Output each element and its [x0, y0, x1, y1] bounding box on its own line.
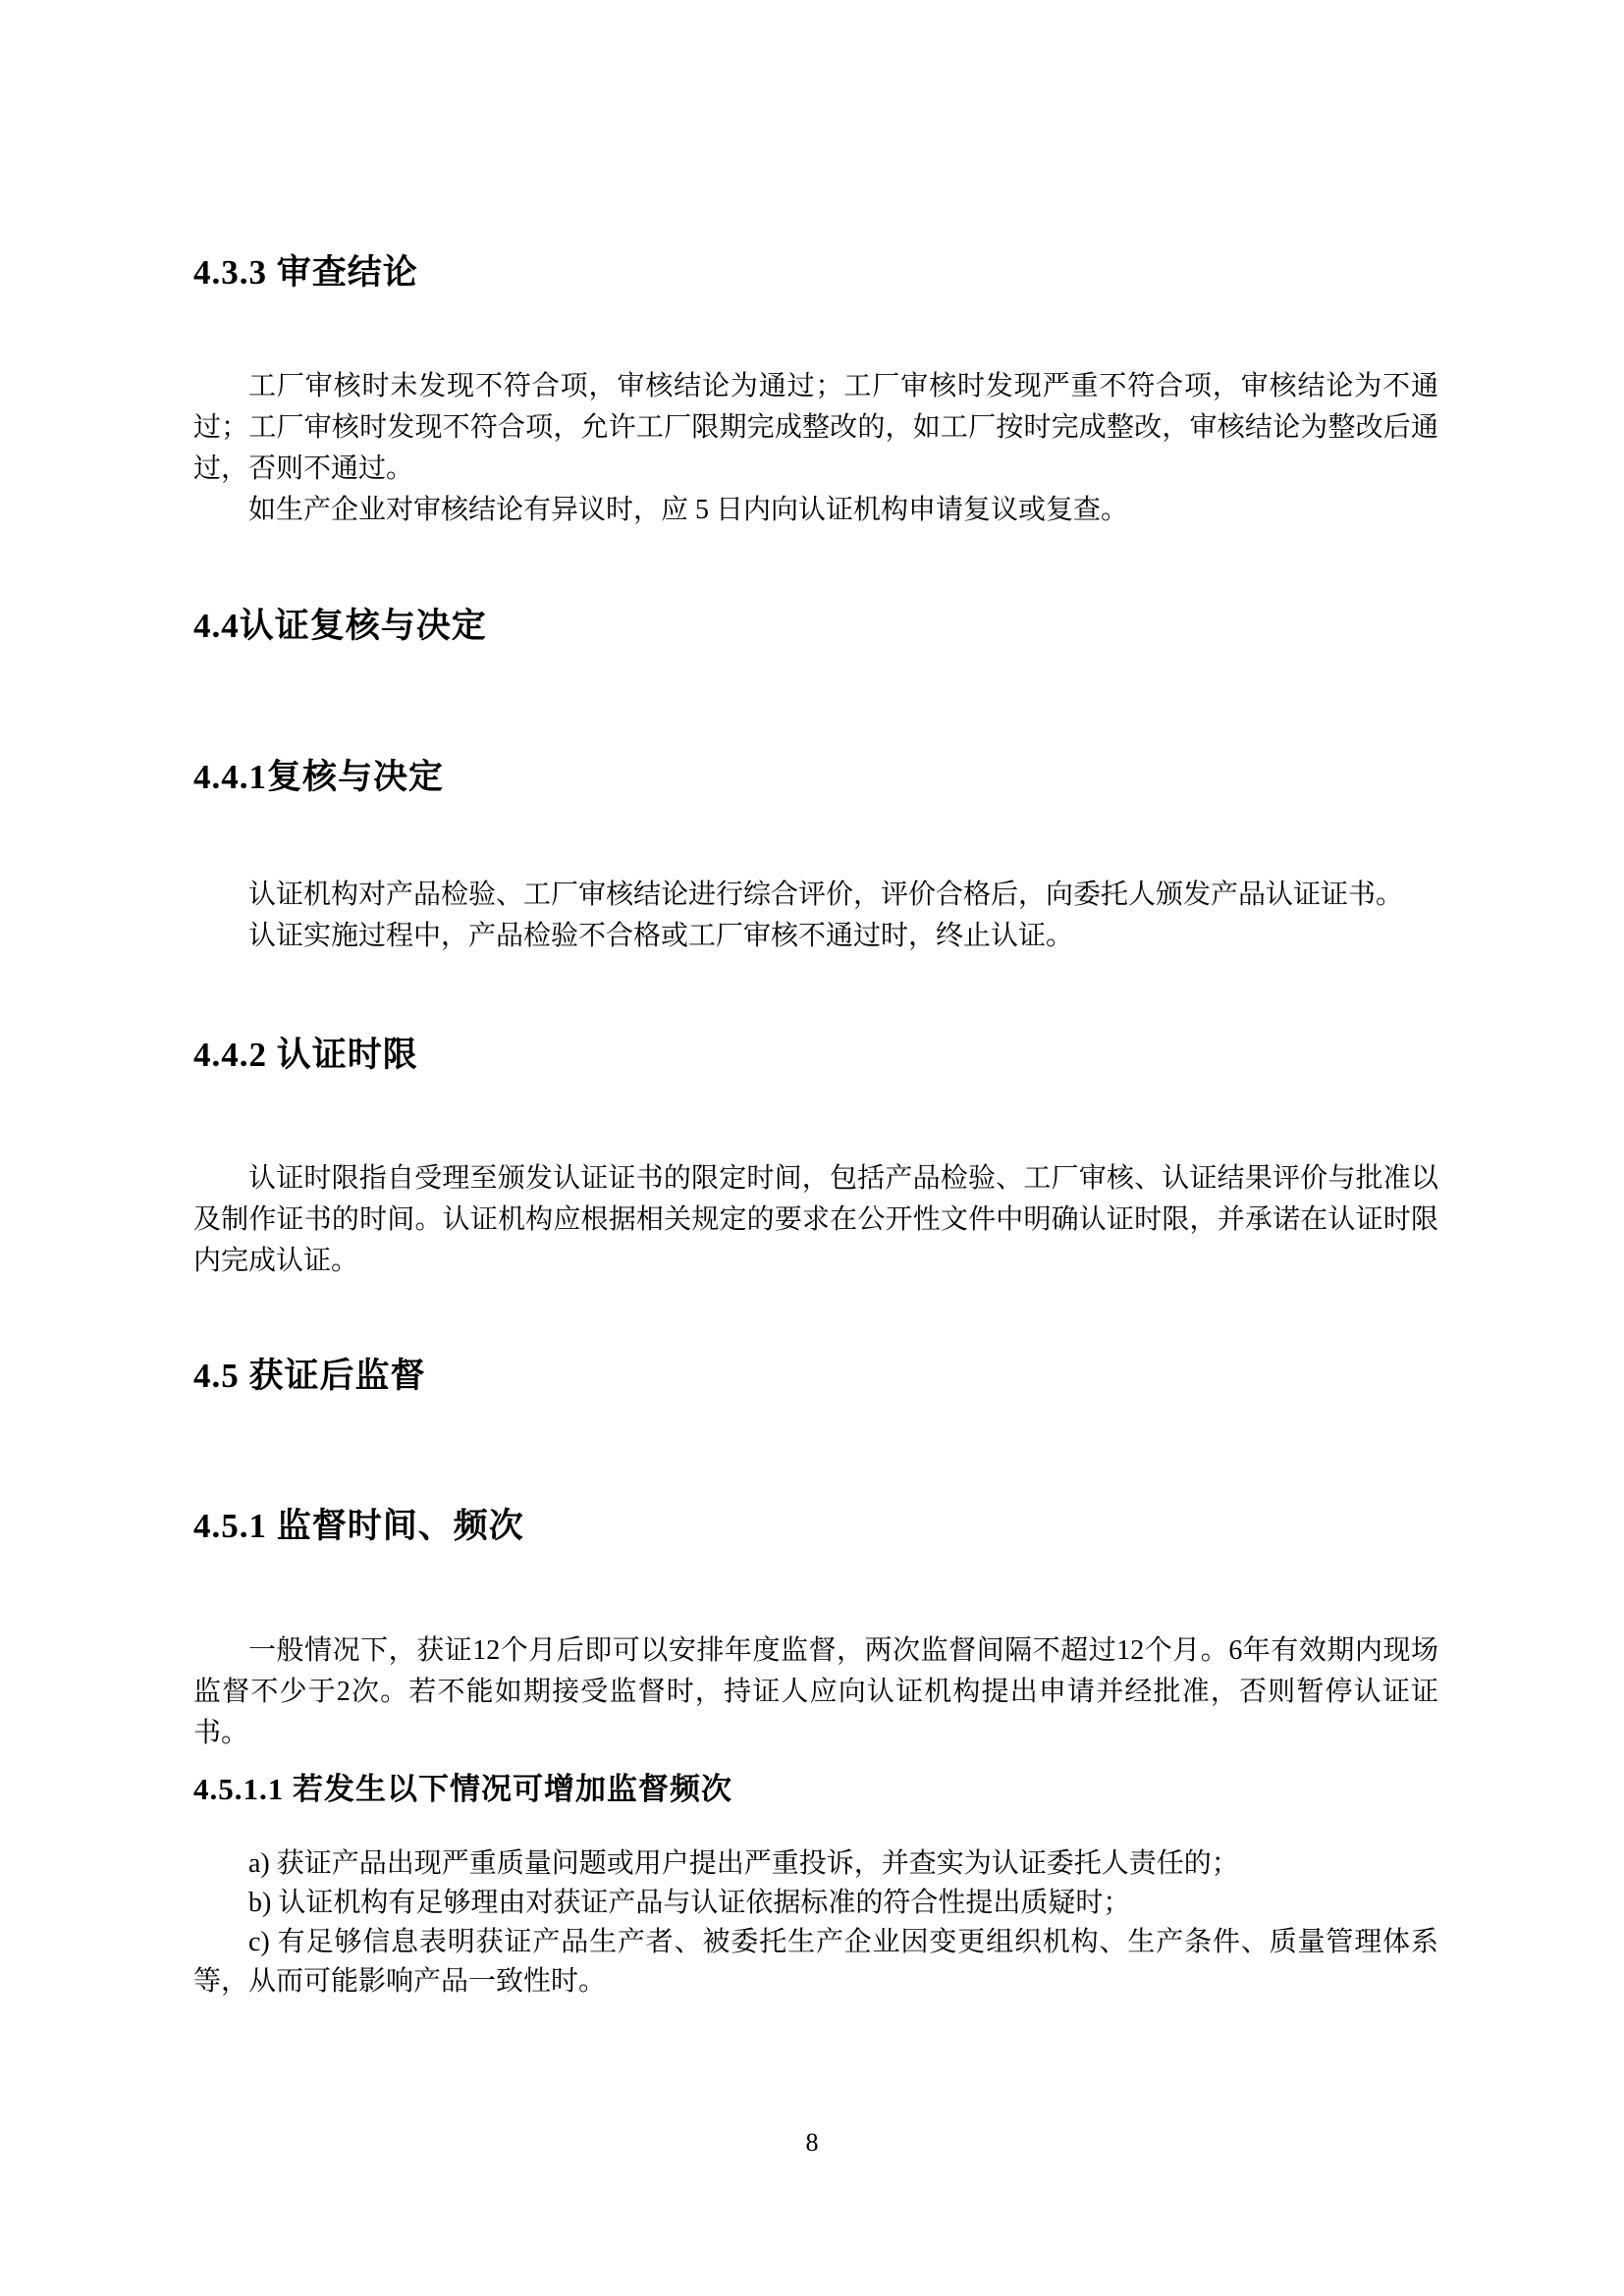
heading-4-5-1: 4.5.1 监督时间、频次 [193, 1505, 524, 1548]
page-number: 8 [0, 2128, 1624, 2158]
heading-4-4-2: 4.4.2 认证时限 [193, 1034, 418, 1077]
paragraph-objection: 如生产企业对审核结论有异议时，应 5 日内向认证机构申请复议或复查。 [193, 490, 1438, 531]
heading-4-3-3: 4.3.3 审查结论 [193, 251, 418, 294]
section-4-3-3-body: 工厂审核时未发现不符合项，审核结论为通过；工厂审核时发现严重不符合项，审核结论为… [193, 366, 1438, 531]
section-4-4-1-body: 认证机构对产品检验、工厂审核结论进行综合评价，评价合格后，向委托人颁发产品认证证… [193, 875, 1438, 957]
heading-4-5: 4.5 获证后监督 [193, 1355, 426, 1398]
paragraph-certification-time-limit: 认证时限指自受理至颁发认证证书的限定时间，包括产品检验、工厂审核、认证结果评价与… [193, 1158, 1438, 1282]
paragraph-audit-conclusion: 工厂审核时未发现不符合项，审核结论为通过；工厂审核时发现严重不符合项，审核结论为… [193, 366, 1438, 490]
list-item-a: a) 获证产品出现严重质量问题或用户提出严重投诉，并查实为认证委托人责任的； [193, 1844, 1438, 1884]
section-4-5-1-body: 一般情况下，获证12个月后即可以安排年度监督，两次监督间隔不超过12个月。6年有… [193, 1630, 1438, 1754]
section-4-4-2-body: 认证时限指自受理至颁发认证证书的限定时间，包括产品检验、工厂审核、认证结果评价与… [193, 1158, 1438, 1282]
document-page: 4.3.3 审查结论 工厂审核时未发现不符合项，审核结论为通过；工厂审核时发现严… [0, 0, 1624, 2296]
paragraph-termination: 认证实施过程中，产品检验不合格或工厂审核不通过时，终止认证。 [193, 916, 1438, 957]
list-item-c: c) 有足够信息表明获证产品生产者、被委托生产企业因变更组织机构、生产条件、质量… [193, 1923, 1438, 2002]
paragraph-review-decision: 认证机构对产品检验、工厂审核结论进行综合评价，评价合格后，向委托人颁发产品认证证… [193, 875, 1438, 916]
section-4-5-1-1-body: a) 获证产品出现严重质量问题或用户提出严重投诉，并查实为认证委托人责任的； b… [193, 1844, 1438, 2002]
heading-4-4-1: 4.4.1复核与决定 [193, 756, 444, 799]
heading-4-5-1-1: 4.5.1.1 若发生以下情况可增加监督频次 [193, 1771, 732, 1809]
list-item-b: b) 认证机构有足够理由对获证产品与认证依据标准的符合性提出质疑时； [193, 1884, 1438, 1923]
paragraph-supervision-frequency: 一般情况下，获证12个月后即可以安排年度监督，两次监督间隔不超过12个月。6年有… [193, 1630, 1438, 1754]
heading-4-4: 4.4认证复核与决定 [193, 605, 487, 648]
